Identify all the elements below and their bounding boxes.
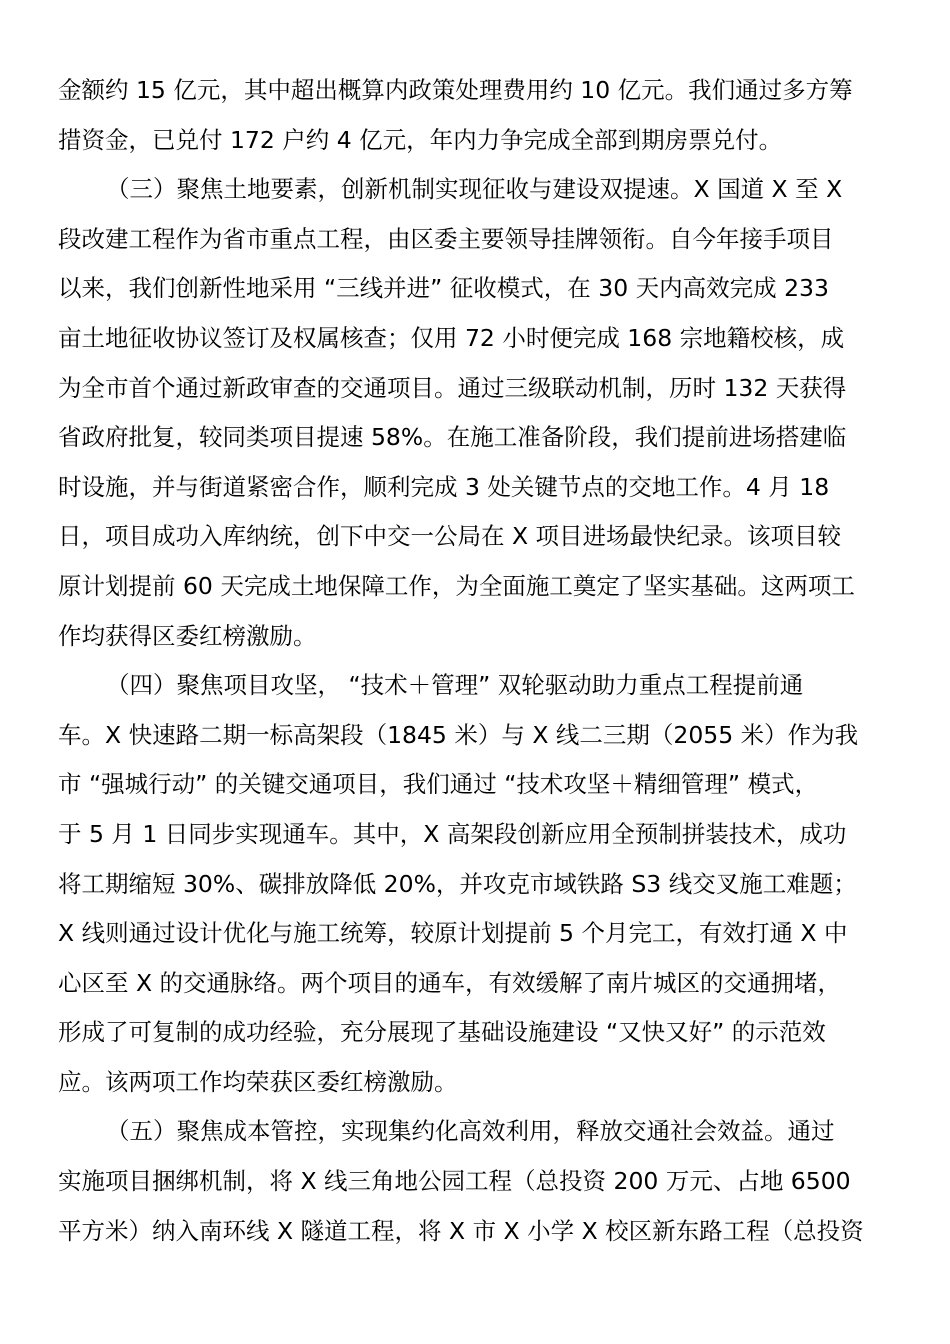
- text-line: 时设施，并与街道紧密合作，顺利完成 3 处关键节点的交地工作。4 月 18: [58, 467, 892, 517]
- paragraph-section-4: （四）聚焦项目攻坚， “技术＋管理” 双轮驱动助力重点工程提前通 车。X 快速路…: [58, 665, 892, 1111]
- section-heading-line: （四）聚焦项目攻坚， “技术＋管理” 双轮驱动助力重点工程提前通: [58, 665, 892, 715]
- text-line: 市 “强城行动” 的关键交通项目，我们通过 “技术攻坚＋精细管理” 模式，: [58, 764, 892, 814]
- text-line: 车。X 快速路二期一标高架段（1845 米）与 X 线二三期（2055 米）作为…: [58, 715, 892, 765]
- text-line: 亩土地征收协议签订及权属核查；仅用 72 小时便完成 168 宗地籍校核，成: [58, 318, 892, 368]
- section-heading-line: （五）聚焦成本管控，实现集约化高效利用，释放交通社会效益。通过: [58, 1111, 892, 1161]
- text-line: X 线则通过设计优化与施工统筹，较原计划提前 5 个月完工，有效打通 X 中: [58, 913, 892, 963]
- paragraph-continuation: 金额约 15 亿元，其中超出概算内政策处理费用约 10 亿元。我们通过多方筹 措…: [58, 70, 892, 169]
- text-line: 日，项目成功入库纳统，创下中交一公局在 X 项目进场最快纪录。该项目较: [58, 516, 892, 566]
- text-line: 形成了可复制的成功经验，充分展现了基础设施建设 “又快又好” 的示范效: [58, 1012, 892, 1062]
- document-body: 金额约 15 亿元，其中超出概算内政策处理费用约 10 亿元。我们通过多方筹 措…: [58, 70, 892, 1260]
- text-line: 应。该两项工作均荣获区委红榜激励。: [58, 1062, 892, 1112]
- paragraph-section-3: （三）聚焦土地要素，创新机制实现征收与建设双提速。X 国道 X 至 X 段改建工…: [58, 169, 892, 665]
- text-line: 段改建工程作为省市重点工程，由区委主要领导挂牌领衔。自今年接手项目: [58, 219, 892, 269]
- text-line: 省政府批复，较同类项目提速 58%。在施工准备阶段，我们提前进场搭建临: [58, 417, 892, 467]
- text-line: 将工期缩短 30%、碳排放降低 20%，并攻克市域铁路 S3 线交叉施工难题；: [58, 864, 892, 914]
- text-line: 作均获得区委红榜激励。: [58, 616, 892, 666]
- text-line: 为全市首个通过新政审查的交通项目。通过三级联动机制，历时 132 天获得: [58, 368, 892, 418]
- document-page: 金额约 15 亿元，其中超出概算内政策处理费用约 10 亿元。我们通过多方筹 措…: [0, 0, 950, 1344]
- text-line: 平方米）纳入南环线 X 隧道工程，将 X 市 X 小学 X 校区新东路工程（总投…: [58, 1211, 892, 1261]
- text-line: 金额约 15 亿元，其中超出概算内政策处理费用约 10 亿元。我们通过多方筹: [58, 70, 892, 120]
- text-line: 心区至 X 的交通脉络。两个项目的通车，有效缓解了南片城区的交通拥堵，: [58, 963, 892, 1013]
- text-line: 于 5 月 1 日同步实现通车。其中，X 高架段创新应用全预制拼装技术，成功: [58, 814, 892, 864]
- text-line: 实施项目捆绑机制，将 X 线三角地公园工程（总投资 200 万元、占地 6500: [58, 1161, 892, 1211]
- text-line: 原计划提前 60 天完成土地保障工作，为全面施工奠定了坚实基础。这两项工: [58, 566, 892, 616]
- text-line: 以来，我们创新性地采用 “三线并进” 征收模式，在 30 天内高效完成 233: [58, 268, 892, 318]
- section-heading-line: （三）聚焦土地要素，创新机制实现征收与建设双提速。X 国道 X 至 X: [58, 169, 892, 219]
- text-line: 措资金，已兑付 172 户约 4 亿元，年内力争完成全部到期房票兑付。: [58, 120, 892, 170]
- paragraph-section-5: （五）聚焦成本管控，实现集约化高效利用，释放交通社会效益。通过 实施项目捆绑机制…: [58, 1111, 892, 1260]
